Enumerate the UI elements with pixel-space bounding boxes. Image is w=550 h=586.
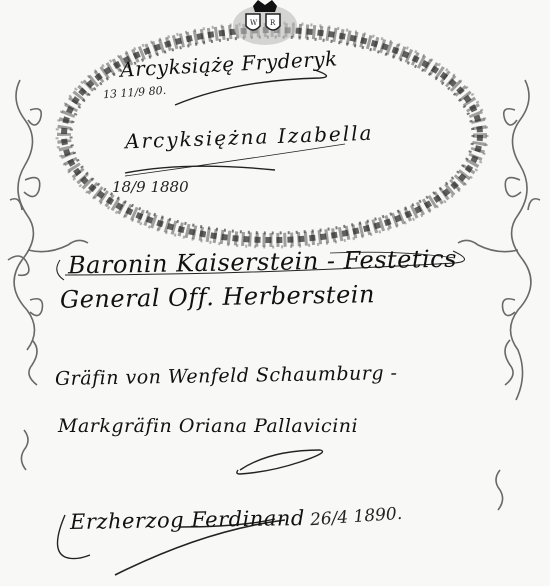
svg-text:W: W [250, 19, 258, 27]
signature-margravine-pallavicini: Markgräfin Oriana Pallavicini [58, 415, 358, 437]
crowned-crest-icon: W R [233, 0, 297, 45]
signature-archduke-ferdinand: Erzherzog Ferdinand [70, 506, 305, 534]
signature-date: 18/9 1880 [112, 178, 189, 196]
svg-text:R: R [270, 19, 276, 27]
signature-general-herberstein: General Off. Herberstein [60, 280, 375, 313]
right-scroll-ornament-icon [458, 80, 540, 510]
guestbook-page: W R [0, 0, 550, 586]
